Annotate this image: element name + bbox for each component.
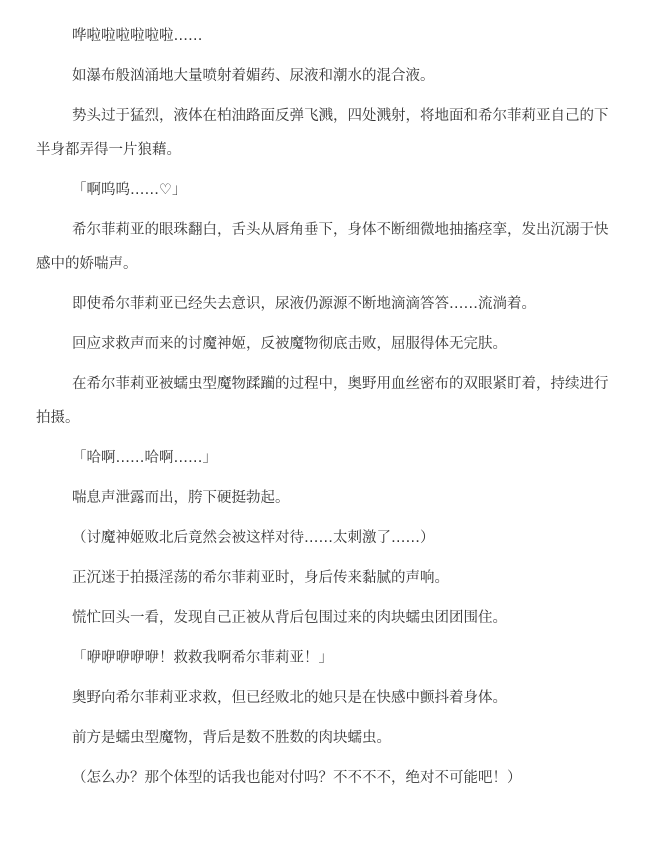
paragraph: 前方是蠕虫型魔物，背后是数不胜数的肉块蠕虫。 — [36, 721, 614, 755]
paragraph: 在希尔菲莉亚被蠕虫型魔物蹂躏的过程中，奥野用血丝密布的双眼紧盯着，持续进行拍摄。 — [36, 367, 614, 435]
paragraph-list: 哗啦啦啦啦啦啦……如瀑布般汹涌地大量喷射着媚药、尿液和潮水的混合液。势头过于猛烈… — [36, 19, 614, 795]
paragraph: （怎么办？那个体型的话我也能对付吗？不不不不，绝对不可能吧！） — [36, 761, 614, 795]
paragraph: 如瀑布般汹涌地大量喷射着媚药、尿液和潮水的混合液。 — [36, 59, 614, 93]
paragraph: 慌忙回头一看，发现自己正被从背后包围过来的肉块蠕虫团团围住。 — [36, 601, 614, 635]
paragraph: 势头过于猛烈，液体在柏油路面反弹飞溅，四处溅射，将地面和希尔菲莉亚自己的下半身都… — [36, 99, 614, 167]
paragraph: 奥野向希尔菲莉亚求救，但已经败北的她只是在快感中颤抖着身体。 — [36, 681, 614, 715]
paragraph: 回应求救声而来的讨魔神姬，反被魔物彻底击败，屈服得体无完肤。 — [36, 327, 614, 361]
paragraph: 哗啦啦啦啦啦啦…… — [36, 19, 614, 53]
paragraph: 正沉迷于拍摄淫荡的希尔菲莉亚时，身后传来黏腻的声响。 — [36, 561, 614, 595]
paragraph: 「啊呜呜……♡」 — [36, 173, 614, 207]
paragraph: 「哈啊……哈啊……」 — [36, 441, 614, 475]
paragraph: 即使希尔菲莉亚已经失去意识，尿液仍源源不断地滴滴答答……流淌着。 — [36, 287, 614, 321]
paragraph: 喘息声泄露而出，胯下硬挺勃起。 — [36, 481, 614, 515]
paragraph: （讨魔神姬败北后竟然会被这样对待……太刺激了……） — [36, 521, 614, 555]
novel-text-page: 哗啦啦啦啦啦啦……如瀑布般汹涌地大量喷射着媚药、尿液和潮水的混合液。势头过于猛烈… — [0, 0, 650, 850]
paragraph: 「咿咿咿咿咿！救救我啊希尔菲莉亚！」 — [36, 641, 614, 675]
paragraph: 希尔菲莉亚的眼珠翻白，舌头从唇角垂下，身体不断细微地抽搐痉挛，发出沉溺于快感中的… — [36, 213, 614, 281]
